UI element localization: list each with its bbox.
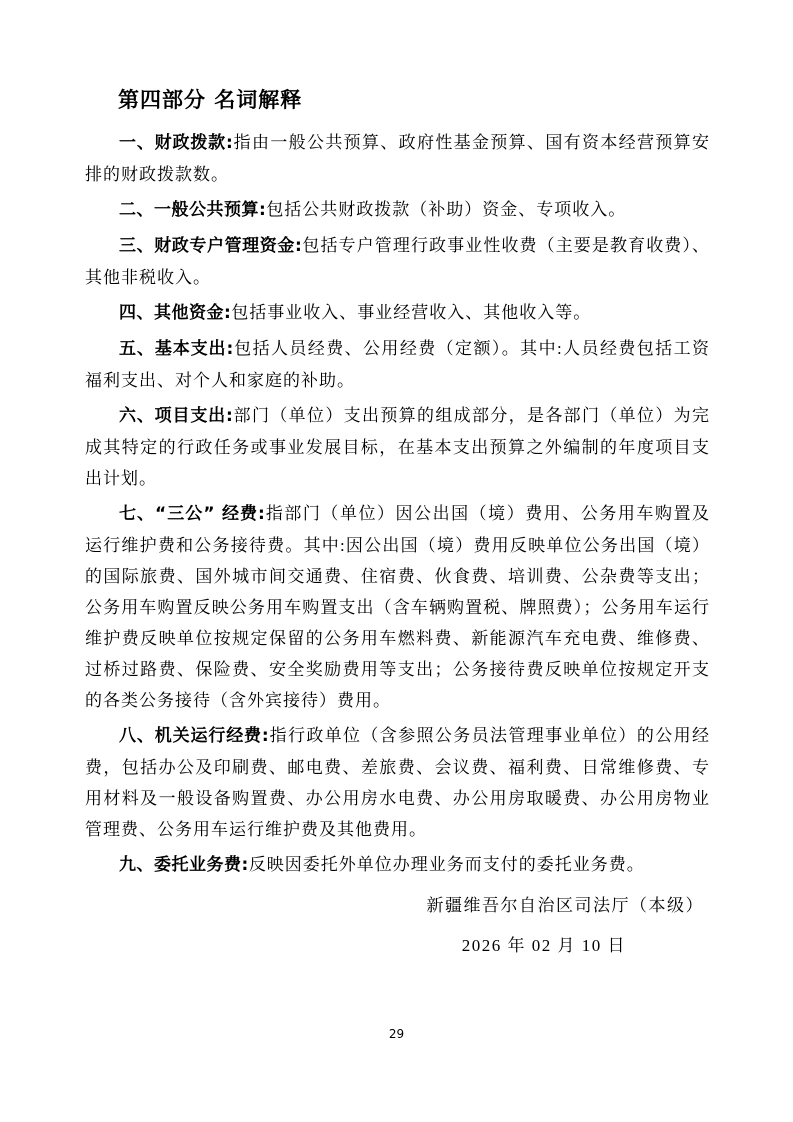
term-paragraph-7: 七、“三公” 经费:指部门（单位）因公出国（境）费用、公务用车购置及运行维护费和… xyxy=(85,498,710,716)
term-label-5: 五、基本支出: xyxy=(119,339,234,359)
term-label-9: 九、委托业务费: xyxy=(119,855,249,875)
term-label-1: 一、财政拨款: xyxy=(119,133,233,153)
term-definition-2: 包括公共财政拨款（补助）资金、专项收入。 xyxy=(266,200,626,219)
document-page: 第四部分 名词解释 一、财政拨款:指由一般公共预算、政府性基金预算、国有资本经营… xyxy=(0,0,793,1122)
glossary-body: 一、财政拨款:指由一般公共预算、政府性基金预算、国有资本经营预算安排的财政拨款数… xyxy=(85,127,710,881)
term-label-7: 七、“三公” 经费: xyxy=(119,504,265,524)
page-title: 第四部分 名词解释 xyxy=(85,86,710,114)
signature-date: 2026 年 02 月 10 日 xyxy=(85,929,710,963)
term-paragraph-5: 五、基本支出:包括人员经费、公用经费（定额）。其中:人员经费包括工资福利支出、对… xyxy=(85,333,710,396)
page-number: 29 xyxy=(0,1026,793,1042)
signature-block: 新疆维吾尔自治区司法厅（本级） 2026 年 02 月 10 日 xyxy=(85,889,710,963)
term-paragraph-8: 八、机关运行经费:指行政单位（含参照公务员法管理事业单位）的公用经费，包括办公及… xyxy=(85,720,710,845)
term-label-6: 六、项目支出: xyxy=(119,406,233,426)
term-label-3: 三、财政专户管理资金: xyxy=(119,236,302,256)
term-label-2: 二、一般公共预算: xyxy=(119,200,266,220)
term-paragraph-4: 四、其他资金:包括事业收入、事业经营收入、其他收入等。 xyxy=(85,297,710,329)
term-paragraph-6: 六、项目支出:部门（单位）支出预算的组成部分，是各部门（单位）为完成其特定的行政… xyxy=(85,400,710,494)
term-label-8: 八、机关运行经费: xyxy=(119,726,269,746)
term-paragraph-3: 三、财政专户管理资金:包括专户管理行政事业性收费（主要是教育收费）、其他非税收入… xyxy=(85,230,710,293)
term-paragraph-2: 二、一般公共预算:包括公共财政拨款（补助）资金、专项收入。 xyxy=(85,194,710,226)
term-definition-9: 反映因委托外单位办理业务而支付的委托业务费。 xyxy=(249,855,645,874)
signature-organization: 新疆维吾尔自治区司法厅（本级） xyxy=(85,889,710,923)
term-paragraph-9: 九、委托业务费:反映因委托外单位办理业务而支付的委托业务费。 xyxy=(85,849,710,881)
term-label-4: 四、其他资金: xyxy=(119,303,231,323)
term-definition-7: 指部门（单位）因公出国（境）费用、公务用车购置及运行维护费和公务接待费。其中:因… xyxy=(85,504,710,710)
term-paragraph-1: 一、财政拨款:指由一般公共预算、政府性基金预算、国有资本经营预算安排的财政拨款数… xyxy=(85,127,710,190)
term-definition-4: 包括事业收入、事业经营收入、其他收入等。 xyxy=(231,303,591,322)
